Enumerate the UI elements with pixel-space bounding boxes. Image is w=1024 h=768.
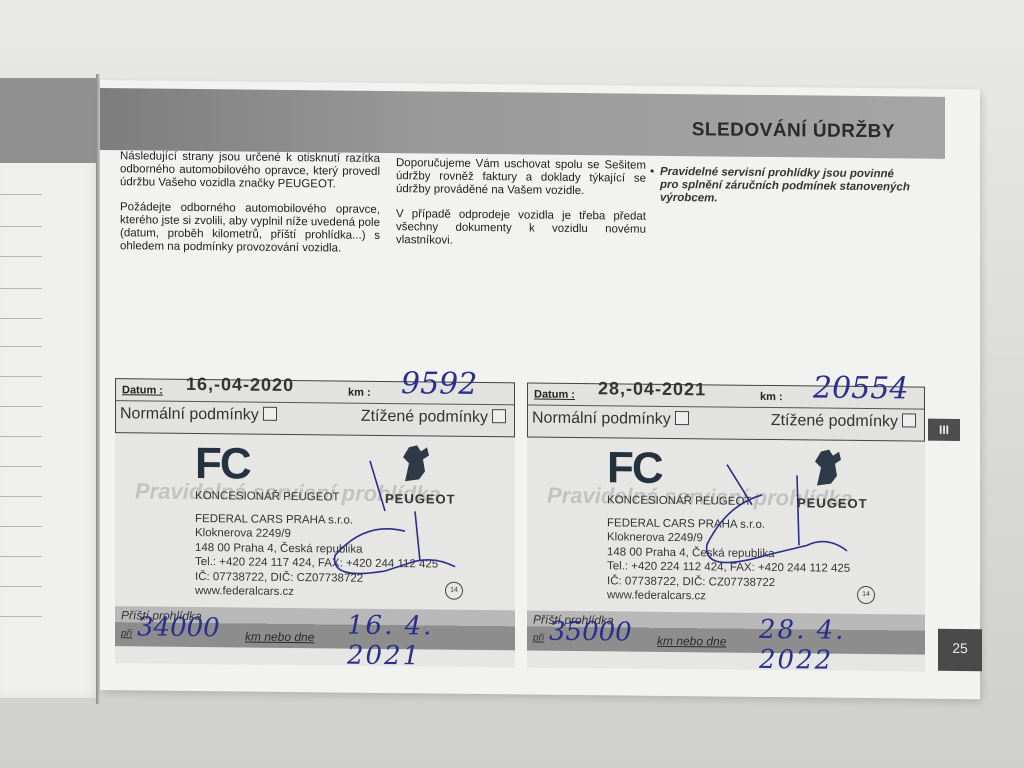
ruled-line bbox=[0, 318, 42, 319]
right-page: SLEDOVÁNÍ ÚDRŽBY Následující strany jsou… bbox=[100, 80, 980, 699]
record-header: Datum : 16,-04-2020 km : 9592 Normální p… bbox=[115, 378, 515, 437]
date-value[interactable]: 16,-04-2020 bbox=[186, 374, 294, 396]
date-label: Datum : bbox=[534, 389, 575, 401]
km-or-date-label: km nebo dne bbox=[657, 634, 726, 649]
hard-conditions-checkbox[interactable] bbox=[902, 413, 916, 427]
normal-conditions-checkbox[interactable] bbox=[263, 407, 277, 421]
intro-paragraph: Doporučujeme Vám uschovat spolu se Sešit… bbox=[396, 157, 646, 199]
intro-paragraph: Následující strany jsou určené k otisknu… bbox=[120, 150, 380, 192]
ruled-line bbox=[0, 346, 42, 347]
stamp-line: www.federalcars.cz bbox=[195, 584, 438, 601]
ruled-line bbox=[0, 226, 42, 227]
at-label: při bbox=[533, 633, 544, 644]
fc-logo: FC bbox=[195, 439, 250, 490]
next-date-value[interactable]: 16. 4. 2021 bbox=[347, 611, 515, 673]
section-tab: III bbox=[928, 419, 960, 441]
service-record-card: Datum : 28,-04-2021 km : 20554 Normální … bbox=[527, 382, 925, 671]
km-label: km : bbox=[348, 387, 371, 399]
normal-conditions-label: Normální podmínky bbox=[120, 405, 259, 423]
hard-conditions: Ztížené podmínky bbox=[361, 408, 506, 428]
stamp-address: KONCESIONÁŘ PEUGEOT FEDERAL CARS PRAHA s… bbox=[195, 489, 438, 601]
km-value[interactable]: 9592 bbox=[401, 366, 477, 402]
ruled-line bbox=[0, 466, 42, 467]
hard-conditions: Ztížené podmínky bbox=[771, 412, 916, 432]
next-inspection-band: Příští prohlídka při 35000 km nebo dne 2… bbox=[527, 610, 925, 654]
at-label: při bbox=[121, 628, 132, 639]
ruled-line bbox=[0, 406, 42, 407]
warranty-note: Pravidelné servisní prohlídky jsou povin… bbox=[660, 166, 910, 205]
stamp-badge: 14 bbox=[857, 586, 875, 604]
stamp-badge: 14 bbox=[445, 582, 463, 600]
date-value[interactable]: 28,-04-2021 bbox=[598, 378, 706, 400]
next-date-value[interactable]: 28. 4. 2022 bbox=[759, 615, 925, 677]
ruled-line bbox=[0, 556, 42, 557]
record-header: Datum : 28,-04-2021 km : 20554 Normální … bbox=[527, 382, 925, 441]
dealer-stamp: Pravidelná servisní prohlídka FC PEUGEOT… bbox=[185, 439, 475, 602]
next-km-value[interactable]: 34000 bbox=[137, 612, 220, 643]
ruled-line bbox=[0, 256, 42, 257]
page-number: 25 bbox=[938, 629, 982, 671]
km-or-date-label: km nebo dne bbox=[245, 630, 314, 645]
normal-conditions-checkbox[interactable] bbox=[675, 411, 689, 425]
ruled-line bbox=[0, 376, 42, 377]
next-inspection-band: Příští prohlídka při 34000 km nebo dne 1… bbox=[115, 606, 515, 650]
next-km-value[interactable]: 35000 bbox=[549, 617, 632, 648]
ruled-line bbox=[0, 496, 42, 497]
left-page bbox=[0, 78, 100, 698]
hard-conditions-checkbox[interactable] bbox=[492, 409, 506, 423]
dealer-stamp: Pravidelná servisní prohlídka FC PEUGEOT… bbox=[597, 443, 887, 606]
peugeot-lion-icon bbox=[807, 445, 847, 490]
ruled-line bbox=[0, 616, 42, 617]
intro-column-3: • Pravidelné servisní prohlídky jsou pov… bbox=[660, 166, 910, 208]
ruled-line bbox=[0, 526, 42, 527]
left-page-header-band bbox=[0, 78, 100, 163]
intro-column-1: Následující strany jsou určené k otisknu… bbox=[120, 150, 380, 268]
ruled-line bbox=[0, 194, 42, 195]
peugeot-lion-icon bbox=[395, 441, 435, 486]
intro-column-2: Doporučujeme Vám uschovat spolu se Sešit… bbox=[396, 157, 646, 262]
stamp-line: KONCESIONÁŘ PEUGEOT bbox=[607, 493, 850, 510]
hard-conditions-label: Ztížené podmínky bbox=[771, 412, 898, 430]
bullet-icon: • bbox=[650, 166, 654, 179]
ruled-line bbox=[0, 586, 42, 587]
stamp-address: KONCESIONÁŘ PEUGEOT FEDERAL CARS PRAHA s… bbox=[607, 493, 850, 605]
intro-paragraph: Požádejte odborného automobilového oprav… bbox=[120, 201, 380, 256]
fc-logo: FC bbox=[607, 443, 662, 494]
normal-conditions: Normální podmínky bbox=[120, 405, 277, 425]
normal-conditions: Normální podmínky bbox=[532, 410, 689, 430]
page-title: SLEDOVÁNÍ ÚDRŽBY bbox=[692, 119, 895, 143]
km-label: km : bbox=[760, 391, 783, 403]
date-label: Datum : bbox=[122, 384, 163, 396]
normal-conditions-label: Normální podmínky bbox=[532, 410, 671, 428]
stamp-line: KONCESIONÁŘ PEUGEOT bbox=[195, 489, 438, 506]
header-band: SLEDOVÁNÍ ÚDRŽBY bbox=[100, 88, 945, 159]
hard-conditions-label: Ztížené podmínky bbox=[361, 408, 488, 426]
stamp-line: www.federalcars.cz bbox=[607, 588, 850, 605]
km-value[interactable]: 20554 bbox=[813, 370, 908, 406]
ruled-line bbox=[0, 436, 42, 437]
service-record-card: Datum : 16,-04-2020 km : 9592 Normální p… bbox=[115, 378, 515, 667]
ruled-line bbox=[0, 288, 42, 289]
intro-paragraph: V případě odprodeje vozidla je třeba pře… bbox=[396, 208, 646, 250]
